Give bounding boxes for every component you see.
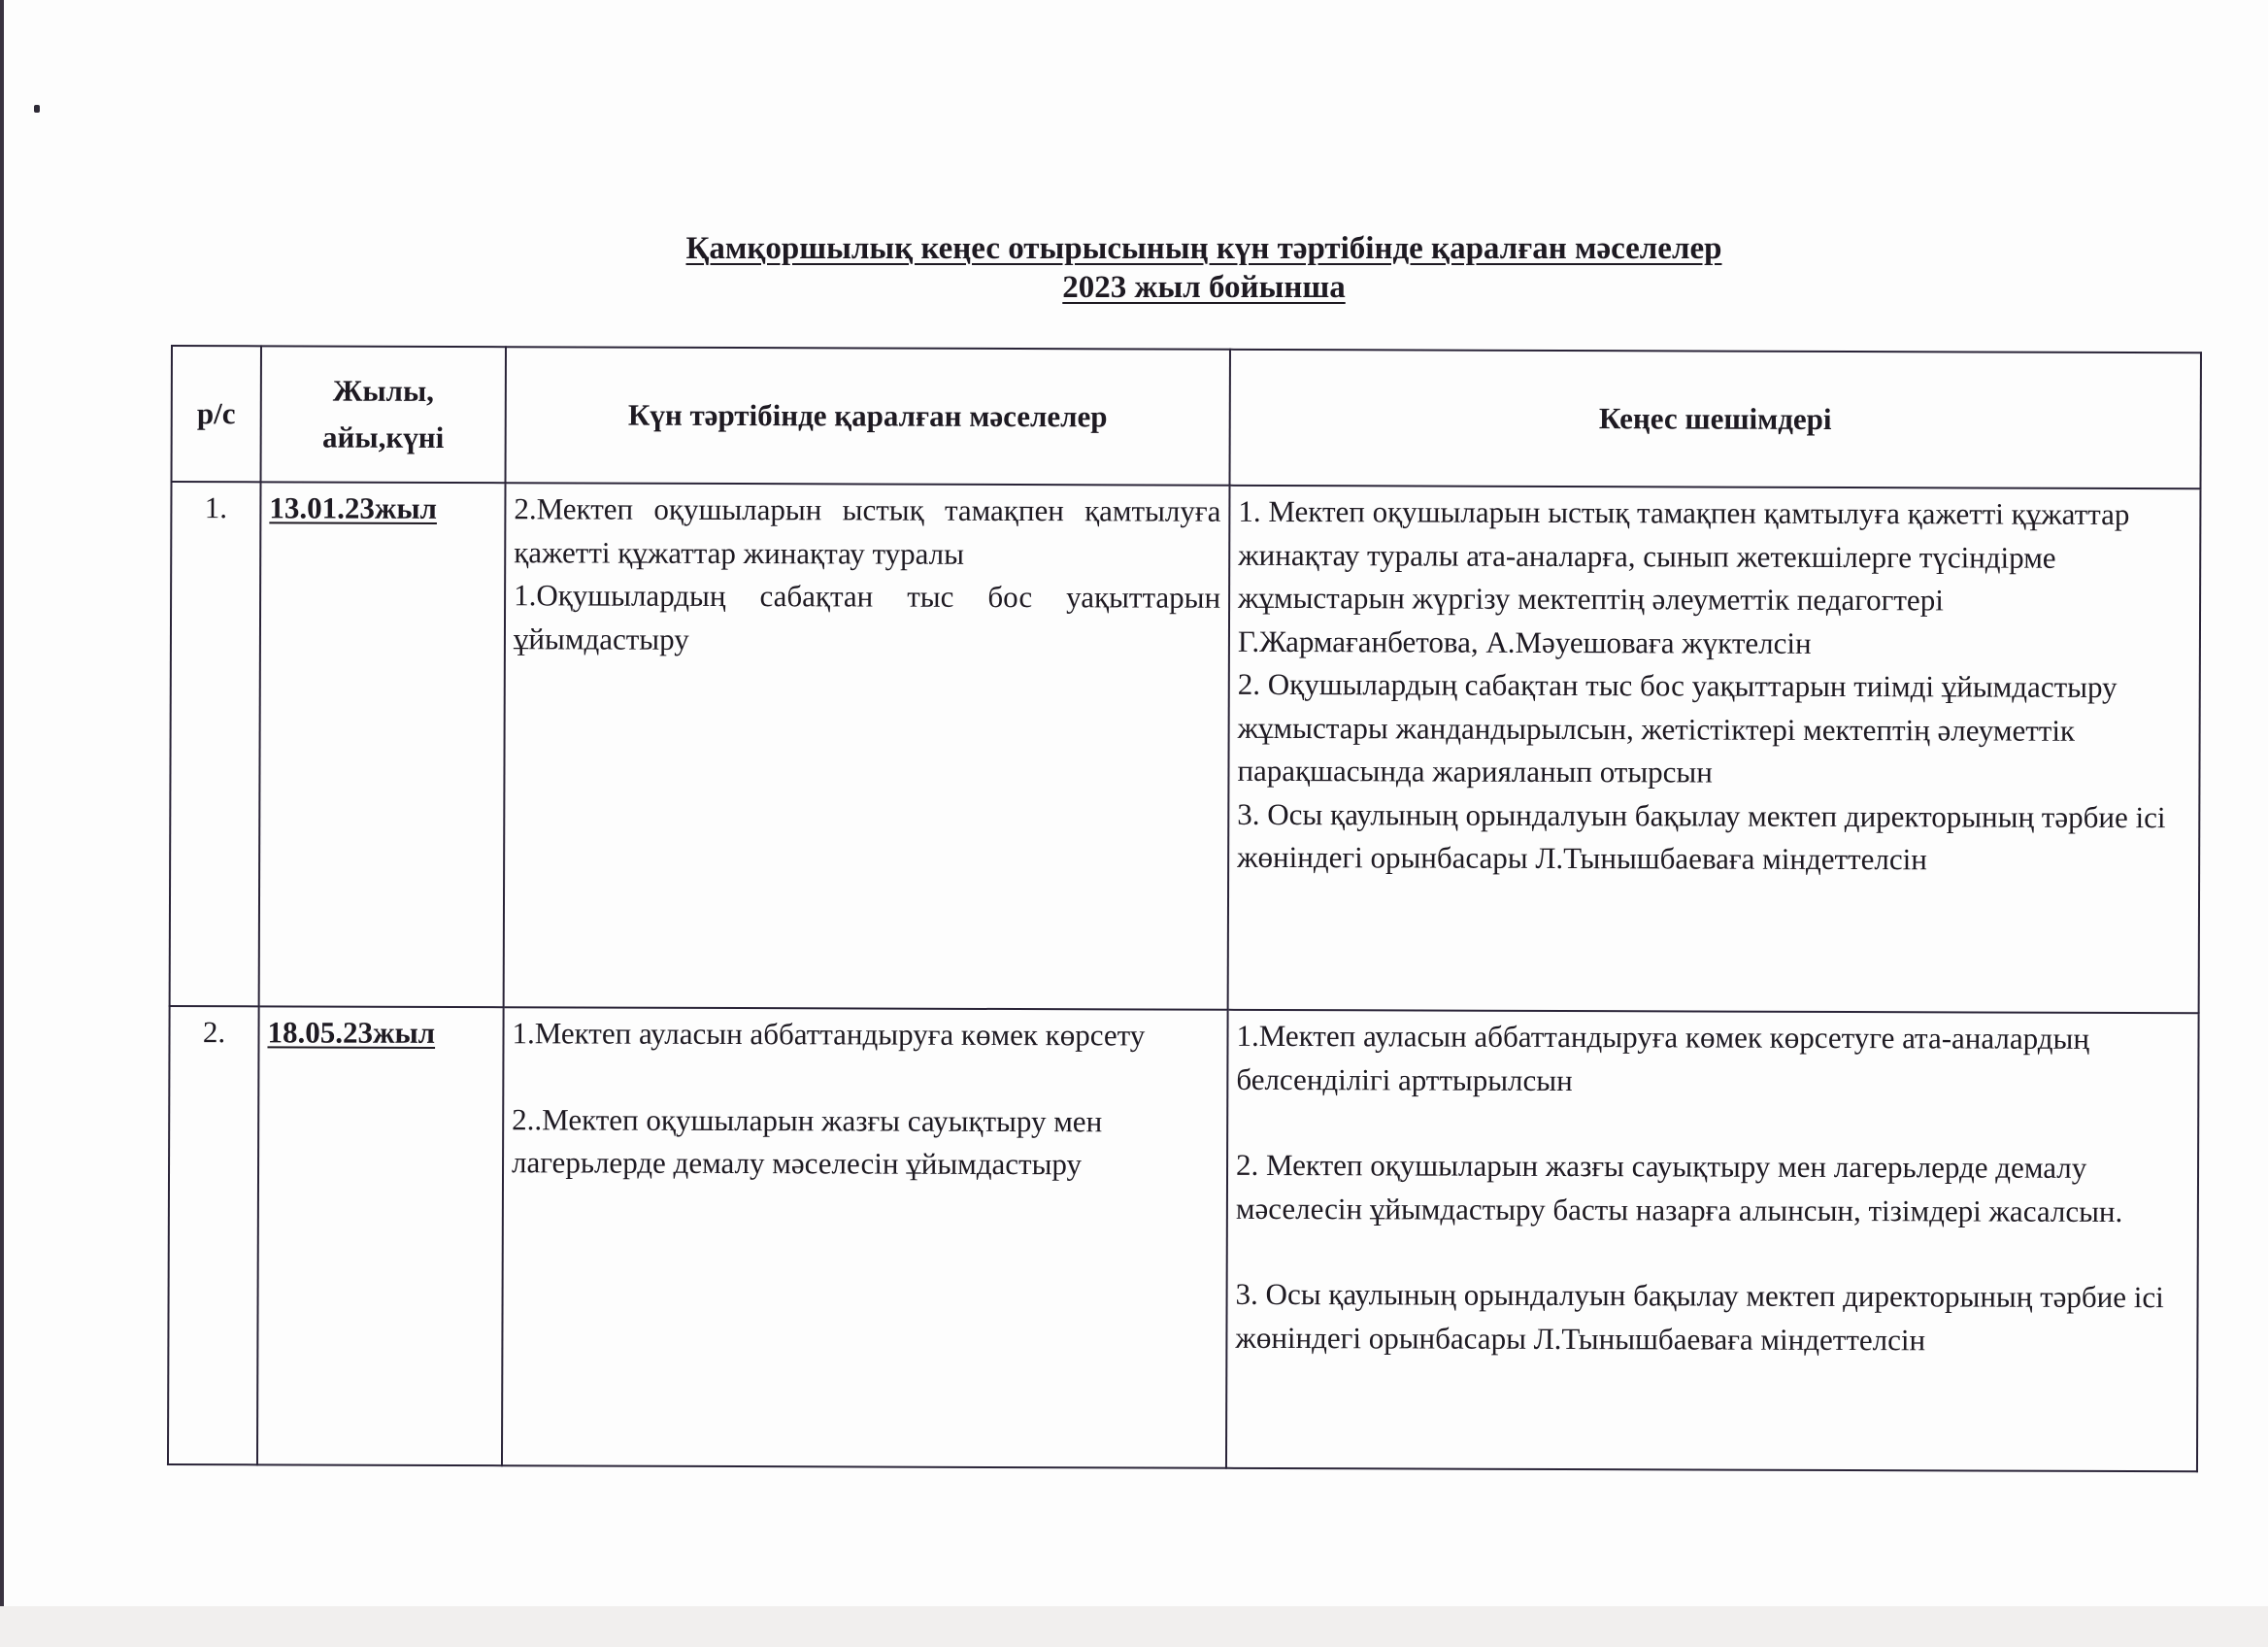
title-line-1: Қамқоршылық кеңес отырысының күн тәртібі… [583,229,1825,268]
agenda-item: 1.Мектеп ауласын аббаттандыруға көмек кө… [512,1012,1218,1058]
row-agenda: 2.Мектеп оқушыларын ыстық тамақпен қамты… [504,483,1230,1010]
table-header-row: р/с Жылы, айы,күні Күн тәртібінде қаралғ… [172,346,2201,488]
scan-edge-shadow [0,0,4,1647]
minutes-table: р/с Жылы, айы,күні Күн тәртібінде қаралғ… [167,345,2202,1472]
decision-item: 1. Мектеп оқушыларын ыстық тамақпен қамт… [1238,490,2192,666]
header-agenda: Күн тәртібінде қаралған мәселелер [506,347,1230,486]
decision-item: 2. Мектеп оқушыларын жазғы сауықтыру мен… [1236,1144,2189,1233]
row-agenda: 1.Мектеп ауласын аббаттандыруға көмек кө… [502,1007,1228,1468]
row-date: 13.01.23жыл [259,482,506,1007]
scan-speck [34,105,40,113]
agenda-item: 2.Мектеп оқушыларын ыстық тамақпен қамты… [514,487,1220,577]
scan-bottom-edge [0,1606,2268,1647]
header-decisions: Кеңес шешімдері [1230,350,2201,488]
row-number: 2. [168,1006,259,1464]
document-title: Қамқоршылық кеңес отырысының күн тәртібі… [583,229,1825,307]
row-number: 1. [170,482,261,1006]
table-row: 1. 13.01.23жыл 2.Мектеп оқушыларын ыстық… [170,482,2201,1013]
header-number: р/с [172,346,261,482]
row-date: 18.05.23жыл [257,1006,504,1465]
decision-item: 3. Осы қаулының орындалуын бақылау мекте… [1237,792,2190,882]
row-decisions: 1.Мектеп ауласын аббаттандыруға көмек кө… [1226,1010,2199,1471]
decision-item: 1.Мектеп ауласын аббаттандыруға көмек кө… [1236,1015,2189,1104]
title-line-2: 2023 жыл бойынша [583,268,1825,307]
decision-item: 2. Оқушылардың сабақтан тыс бос уақыттар… [1237,663,2190,796]
decision-item: 3. Осы қаулының орындалуын бақылау мекте… [1235,1273,2188,1362]
agenda-item: 2..Мектеп оқушыларын жазғы сауықтыру мен… [512,1098,1218,1188]
row-decisions: 1. Мектеп оқушыларын ыстық тамақпен қамт… [1228,486,2201,1013]
header-date: Жылы, айы,күні [261,346,506,483]
agenda-item: 1.Оқушылардың сабақтан тыс бос уақыттары… [514,574,1220,663]
table-row: 2. 18.05.23жыл 1.Мектеп ауласын аббаттан… [168,1006,2199,1471]
